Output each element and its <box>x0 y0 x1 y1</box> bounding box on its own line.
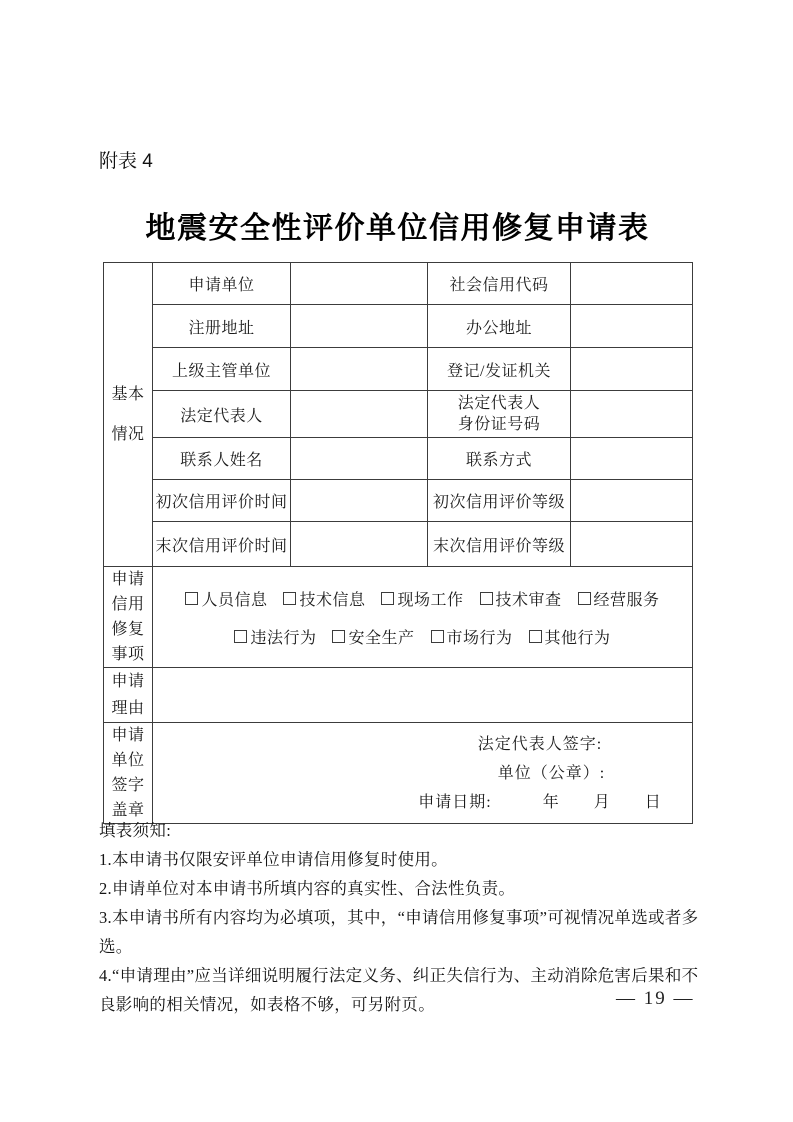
registered-address-field[interactable] <box>291 305 428 348</box>
checkbox-label: 现场工作 <box>397 587 463 610</box>
checkbox-business-service[interactable]: 经营服务 <box>578 587 660 610</box>
note-item: 3.本申请书所有内容均为必填项，其中，“申请信用修复事项”可视情况单选或者多选。 <box>99 903 713 961</box>
unit-seal-line: 单位（公章）: <box>155 759 690 788</box>
checkbox-personnel-info[interactable]: 人员信息 <box>185 587 267 610</box>
checkbox-icon <box>185 592 198 605</box>
repair-items-stub: 申请 信用 修复 事项 <box>104 567 153 668</box>
registered-address-label: 注册地址 <box>153 305 291 348</box>
social-credit-code-field[interactable] <box>571 263 693 305</box>
checkbox-icon <box>332 630 345 643</box>
checkbox-row-2: 违法行为 安全生产 市场行为 其他行为 <box>234 625 610 648</box>
document-page: 附表 4 地震安全性评价单位信用修复申请表 基本 情况 申请单位 社会信用代码 … <box>0 0 793 1122</box>
registration-authority-field[interactable] <box>571 348 693 391</box>
table-row: 初次信用评价时间 初次信用评价等级 <box>104 480 693 522</box>
contact-name-field[interactable] <box>291 438 428 480</box>
application-date-line: 申请日期: 年 月 日 <box>155 788 690 817</box>
checkbox-icon <box>431 630 444 643</box>
checkbox-label: 技术审查 <box>496 587 562 610</box>
table-row: 上级主管单位 登记/发证机关 <box>104 348 693 391</box>
legal-rep-label: 法定代表人 <box>153 391 291 438</box>
checkbox-site-work[interactable]: 现场工作 <box>381 587 463 610</box>
contact-name-label: 联系人姓名 <box>153 438 291 480</box>
last-eval-time-field[interactable] <box>291 522 428 567</box>
checkbox-illegal-behavior[interactable]: 违法行为 <box>234 625 316 648</box>
table-row: 基本 情况 申请单位 社会信用代码 <box>104 263 693 305</box>
appendix-label: 附表 4 <box>99 146 153 173</box>
first-eval-time-field[interactable] <box>291 480 428 522</box>
checkbox-icon <box>578 592 591 605</box>
superior-unit-label: 上级主管单位 <box>153 348 291 391</box>
superior-unit-field[interactable] <box>291 348 428 391</box>
checkbox-icon <box>283 592 296 605</box>
table-row: 联系人姓名 联系方式 <box>104 438 693 480</box>
legal-rep-field[interactable] <box>291 391 428 438</box>
checkbox-safety-production[interactable]: 安全生产 <box>332 625 414 648</box>
checkbox-label: 人员信息 <box>201 587 267 610</box>
checkbox-label: 违法行为 <box>250 625 316 648</box>
applicant-unit-field[interactable] <box>291 263 428 305</box>
checkbox-icon <box>234 630 247 643</box>
office-address-label: 办公地址 <box>428 305 571 348</box>
checkbox-other-behavior[interactable]: 其他行为 <box>529 625 611 648</box>
social-credit-code-label: 社会信用代码 <box>428 263 571 305</box>
reason-field[interactable] <box>153 668 693 723</box>
office-address-field[interactable] <box>571 305 693 348</box>
table-row: 注册地址 办公地址 <box>104 305 693 348</box>
checkbox-label: 其他行为 <box>545 625 611 648</box>
contact-method-label: 联系方式 <box>428 438 571 480</box>
repair-items-cell: 人员信息 技术信息 现场工作 技术审查 经营服务 违法行为 安全生产 市场行为 … <box>153 567 693 668</box>
checkbox-icon <box>529 630 542 643</box>
checkbox-row-1: 人员信息 技术信息 现场工作 技术审查 经营服务 <box>185 587 659 610</box>
last-eval-grade-field[interactable] <box>571 522 693 567</box>
table-row: 申请 信用 修复 事项 人员信息 技术信息 现场工作 技术审查 经营服务 违法行… <box>104 567 693 668</box>
page-number: — 19 — <box>616 988 695 1010</box>
note-item: 2.申请单位对本申请书所填内容的真实性、合法性负责。 <box>99 874 713 903</box>
contact-method-field[interactable] <box>571 438 693 480</box>
applicant-unit-label: 申请单位 <box>153 263 291 305</box>
first-eval-grade-label: 初次信用评价等级 <box>428 480 571 522</box>
last-eval-time-label: 末次信用评价时间 <box>153 522 291 567</box>
checkbox-label: 经营服务 <box>594 587 660 610</box>
checkbox-technical-review[interactable]: 技术审查 <box>480 587 562 610</box>
note-item: 1.本申请书仅限安评单位申请信用修复时使用。 <box>99 845 713 874</box>
reason-stub: 申请 理由 <box>104 668 153 723</box>
checkbox-market-behavior[interactable]: 市场行为 <box>431 625 513 648</box>
first-eval-grade-field[interactable] <box>571 480 693 522</box>
table-row: 末次信用评价时间 末次信用评价等级 <box>104 522 693 567</box>
checkbox-label: 安全生产 <box>348 625 414 648</box>
checkbox-label: 技术信息 <box>299 587 365 610</box>
table-row: 法定代表人 法定代表人 身份证号码 <box>104 391 693 438</box>
checkbox-icon <box>381 592 394 605</box>
checkbox-icon <box>480 592 493 605</box>
table-row: 申请 单位 签字 盖章 法定代表人签字: 单位（公章）: 申请日期: 年 月 日 <box>104 723 693 824</box>
basic-info-stub: 基本 情况 <box>104 263 153 567</box>
signature-stub: 申请 单位 签字 盖章 <box>104 723 153 824</box>
legal-rep-signature-line: 法定代表人签字: <box>155 730 690 759</box>
checkbox-label: 市场行为 <box>447 625 513 648</box>
signature-cell[interactable]: 法定代表人签字: 单位（公章）: 申请日期: 年 月 日 <box>153 723 693 824</box>
notes-heading: 填表须知: <box>99 816 713 845</box>
application-form-table: 基本 情况 申请单位 社会信用代码 注册地址 办公地址 上级主管单位 登记/发证… <box>103 262 693 824</box>
checkbox-technical-info[interactable]: 技术信息 <box>283 587 365 610</box>
registration-authority-label: 登记/发证机关 <box>428 348 571 391</box>
page-title: 地震安全性评价单位信用修复申请表 <box>103 203 692 247</box>
first-eval-time-label: 初次信用评价时间 <box>153 480 291 522</box>
table-row: 申请 理由 <box>104 668 693 723</box>
legal-rep-id-field[interactable] <box>571 391 693 438</box>
last-eval-grade-label: 末次信用评价等级 <box>428 522 571 567</box>
legal-rep-id-label: 法定代表人 身份证号码 <box>428 391 571 438</box>
